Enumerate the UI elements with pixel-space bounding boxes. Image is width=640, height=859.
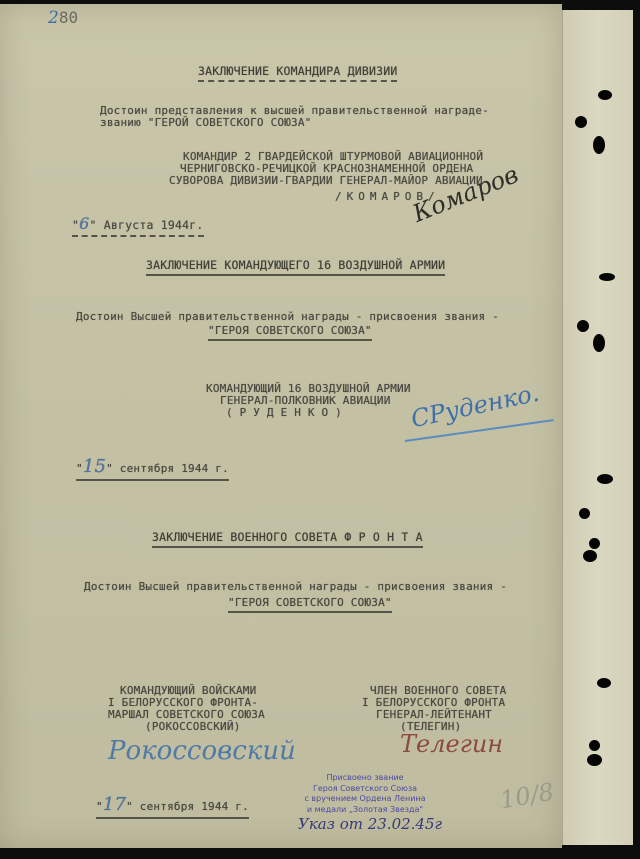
punch-hole <box>575 116 587 128</box>
section3-text-line1: Достоин Высшей правительственной награды… <box>84 580 507 593</box>
stamp-line2: Героя Советского Союза <box>290 784 440 795</box>
punch-hole <box>589 740 600 751</box>
punch-hole <box>597 474 613 484</box>
stamp-line4: и медали „Золотая Звезда" <box>290 805 440 816</box>
section1-signatory-line3: СУВОРОВА ДИВИЗИИ-ГВАРДИИ ГЕНЕРАЛ-МАЙОР А… <box>169 174 483 187</box>
punch-hole <box>593 334 605 352</box>
binding-strip <box>562 10 633 845</box>
punch-hole <box>577 320 589 332</box>
punch-hole <box>598 90 612 100</box>
punch-hole <box>579 508 590 519</box>
section1-date-rest: " Августа 1944г. <box>90 218 204 232</box>
section3-left-signature: Рокоссовский <box>108 736 296 766</box>
section3-date-rest: " сентября 1944 г. <box>126 800 249 813</box>
punch-hole <box>593 136 605 154</box>
section3-date-day: 17 <box>103 794 126 815</box>
stamp-handwritten-decree: Указ от 23.02.45г <box>298 815 442 833</box>
punch-hole <box>583 550 597 562</box>
section1-title: ЗАКЛЮЧЕНИЕ КОМАНДИРА ДИВИЗИИ <box>198 64 397 82</box>
stamp-line1: Присвоено звание <box>290 773 440 784</box>
section3-title: ЗАКЛЮЧЕНИЕ ВОЕННОГО СОВЕТА Ф Р О Н Т А <box>152 530 423 548</box>
section2-date-rest: " сентября 1944 г. <box>106 462 229 475</box>
punch-hole <box>589 538 600 549</box>
document-page <box>0 4 562 848</box>
section2-title: ЗАКЛЮЧЕНИЕ КОМАНДУЮЩЕГО 16 ВОЗДУШНОЙ АРМ… <box>146 258 445 276</box>
section2-text-line2: "ГЕРОЯ СОВЕТСКОГО СОЮЗА" <box>208 324 372 341</box>
section3-right-signature: Телегин <box>400 730 503 758</box>
punch-hole <box>587 754 602 766</box>
section2-text-line1: Достоин Высшей правительственной награды… <box>76 310 499 323</box>
punch-hole <box>599 273 615 281</box>
award-stamp: Присвоено звание Героя Советского Союза … <box>290 773 440 815</box>
section3-left-signatory-name: (РОКОССОВСКИЙ) <box>145 720 241 733</box>
section3-date: "17" сентября 1944 г. <box>96 794 249 819</box>
section2-signatory-name: ( Р У Д Е Н К О ) <box>226 406 342 419</box>
archive-number: 280 <box>48 8 78 28</box>
stamp-line3: с вручением Ордена Ленина <box>290 794 440 805</box>
section1-date: "6" Августа 1944г. <box>72 214 204 237</box>
archive-number-typed: 80 <box>59 8 78 27</box>
section2-date-day: 15 <box>83 456 106 477</box>
section1-text-line2: званию "ГЕРОЙ СОВЕТСКОГО СОЮЗА" <box>100 116 312 129</box>
punch-hole <box>597 678 611 688</box>
section2-date: "15" сентября 1944 г. <box>76 456 229 481</box>
section1-date-day: 6 <box>79 214 89 233</box>
section3-text-line2: "ГЕРОЯ СОВЕТСКОГО СОЮЗА" <box>228 596 392 613</box>
archive-number-handwritten: 2 <box>48 8 59 28</box>
